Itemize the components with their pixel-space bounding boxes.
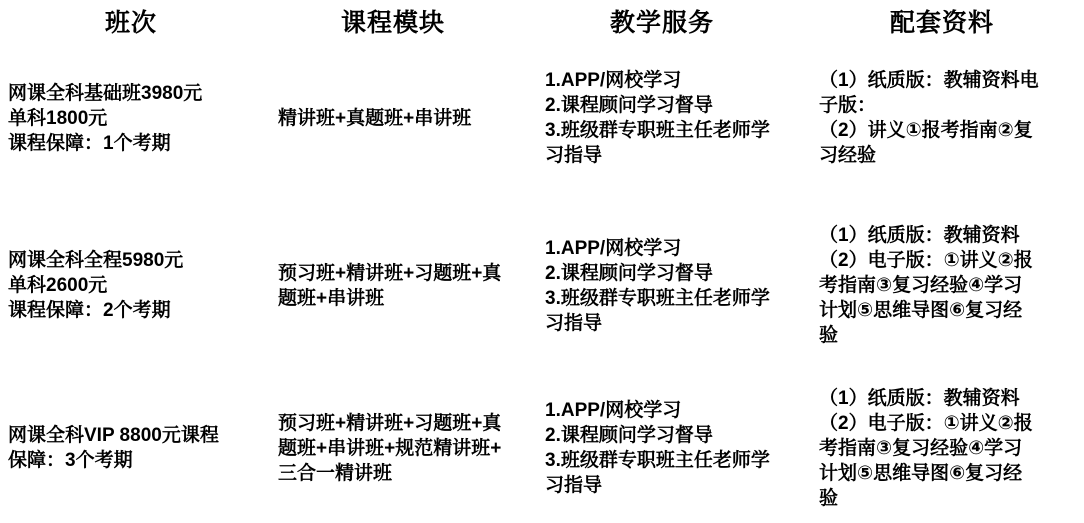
table-row-vip-cell-course-modules: 预习班+精讲班+习题班+真 题班+串讲班+规范精讲班+ 三合一精讲班 [262, 373, 524, 523]
teaching-services-text: 1.APP/网校学习 2.课程顾问学习督导 3.班级群专职班主任老师学 习指导 [545, 398, 770, 498]
column-header-class-tier: 班次 [0, 0, 262, 38]
table-row-basic-cell-teaching-services: 1.APP/网校学习 2.课程顾问学习督导 3.班级群专职班主任老师学 习指导 [524, 38, 800, 198]
course-modules-text: 精讲班+真题班+串讲班 [278, 106, 471, 131]
table-row-basic-cell-materials: （1）纸质版：教辅资料电 子版： （2）讲义①报考指南②复 习经验 [800, 38, 1084, 198]
class-tier-text: 网课全科基础班3980元 单科1800元 课程保障：1个考期 [8, 81, 202, 156]
table-row-full-cell-materials: （1）纸质版：教辅资料 （2）电子版：①讲义②报 考指南③复习经验④学习 计划⑤… [800, 198, 1084, 373]
materials-text: （1）纸质版：教辅资料电 子版： （2）讲义①报考指南②复 习经验 [819, 68, 1039, 168]
class-tier-text: 网课全科全程5980元 单科2600元 课程保障：2个考期 [8, 248, 183, 323]
column-header-label: 配套资料 [890, 3, 994, 39]
table-row-basic-cell-course-modules: 精讲班+真题班+串讲班 [262, 38, 524, 198]
table-row-vip-cell-class-tier: 网课全科VIP 8800元课程 保障：3个考期 [0, 373, 262, 523]
class-tier-text: 网课全科VIP 8800元课程 保障：3个考期 [8, 423, 219, 473]
course-modules-text: 预习班+精讲班+习题班+真 题班+串讲班+规范精讲班+ 三合一精讲班 [278, 411, 501, 486]
column-header-label: 班次 [105, 3, 157, 39]
table-row-full-cell-course-modules: 预习班+精讲班+习题班+真 题班+串讲班 [262, 198, 524, 373]
course-modules-text: 预习班+精讲班+习题班+真 题班+串讲班 [278, 261, 501, 311]
table-row-full-cell-teaching-services: 1.APP/网校学习 2.课程顾问学习督导 3.班级群专职班主任老师学 习指导 [524, 198, 800, 373]
teaching-services-text: 1.APP/网校学习 2.课程顾问学习督导 3.班级群专职班主任老师学 习指导 [545, 68, 770, 168]
column-header-label: 课程模块 [341, 3, 445, 39]
materials-text: （1）纸质版：教辅资料 （2）电子版：①讲义②报 考指南③复习经验④学习 计划⑤… [819, 223, 1033, 348]
course-package-table: 班次 课程模块 教学服务 配套资料 网课全科基础班3980元 单科1800元 课… [0, 0, 1084, 523]
table-row-full-cell-class-tier: 网课全科全程5980元 单科2600元 课程保障：2个考期 [0, 198, 262, 373]
column-header-teaching-services: 教学服务 [524, 0, 800, 38]
teaching-services-text: 1.APP/网校学习 2.课程顾问学习督导 3.班级群专职班主任老师学 习指导 [545, 236, 770, 336]
table-row-vip-cell-teaching-services: 1.APP/网校学习 2.课程顾问学习督导 3.班级群专职班主任老师学 习指导 [524, 373, 800, 523]
materials-text: （1）纸质版：教辅资料 （2）电子版：①讲义②报 考指南③复习经验④学习 计划⑤… [819, 386, 1033, 511]
table-row-basic-cell-class-tier: 网课全科基础班3980元 单科1800元 课程保障：1个考期 [0, 38, 262, 198]
column-header-label: 教学服务 [610, 3, 714, 39]
column-header-course-modules: 课程模块 [262, 0, 524, 38]
table-row-vip-cell-materials: （1）纸质版：教辅资料 （2）电子版：①讲义②报 考指南③复习经验④学习 计划⑤… [800, 373, 1084, 523]
column-header-materials: 配套资料 [800, 0, 1084, 38]
